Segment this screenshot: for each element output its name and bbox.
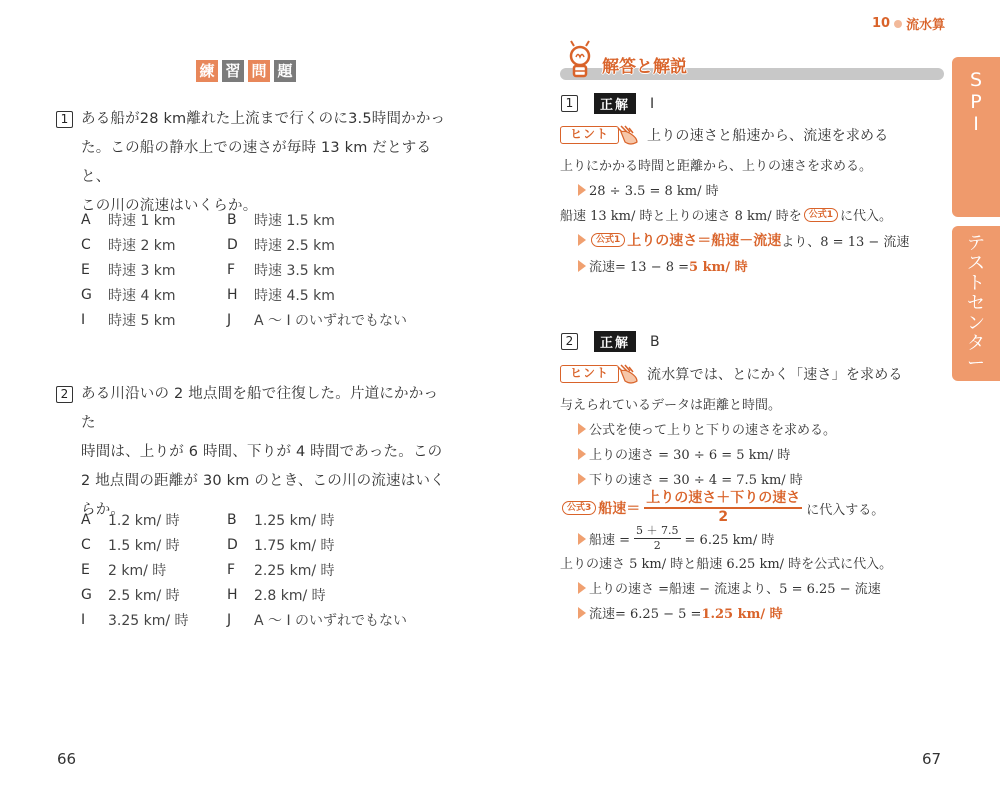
choice-j: JA ～ I のいずれでもない [227,607,427,632]
explanation-line: 上りの速さ 5 km/ 時と船速 6.25 km/ 時を公式に代入。 [560,553,892,572]
title-tile: 問 [248,60,270,82]
choice-d: D1.75 km/ 時 [227,532,427,557]
line-text: = 6.25 km/ 時 [685,529,775,548]
choice-value: 2.5 km/ 時 [108,585,180,605]
question-line: ある川沿いの 2 地点間を船で往復した。片道にかかった [81,380,451,438]
line-text: 船速 13 km/ 時と上りの速さ 8 km/ 時を [560,205,802,224]
correct-answer-value: I [650,96,654,112]
choice-f: F時速 3.5 km [227,257,427,282]
tab-char: ン [967,314,985,334]
choice-g: G時速 4 km [81,282,227,307]
choices-q1: A時速 1 km B時速 1.5 km C時速 2 km D時速 2.5 km … [81,207,427,332]
choice-value: A ～ I のいずれでもない [254,310,407,330]
formula-fraction: 上りの速さ＋下りの速さ 2 [644,490,802,526]
correct-answer-value: B [650,334,660,350]
choice-value: 1.5 km/ 時 [108,535,180,555]
choice-value: 時速 5 km [108,310,176,330]
choice-value: 1.2 km/ 時 [108,510,180,530]
choice-value: 2.8 km/ 時 [254,585,326,605]
calc-line: 上りの速さ =船速 − 流速より、5 = 6.25 − 流速 [578,578,881,597]
choice-value: 時速 3.5 km [254,260,335,280]
title-tile: 練 [196,60,218,82]
choice-letter: C [81,537,108,553]
choice-a: A1.2 km/ 時 [81,507,227,532]
choice-value: 時速 2 km [108,235,176,255]
calc-line: 下りの速さ = 30 ÷ 4 = 7.5 km/ 時 [578,469,803,488]
choice-d: D時速 2.5 km [227,232,427,257]
choice-value: 時速 4 km [108,285,176,305]
hint-badge: ヒント [560,126,619,144]
correct-answer-label: 正解 [594,331,636,352]
arrow-triangle-icon [578,234,586,246]
choice-letter: D [227,537,254,553]
choice-letter: A [81,212,108,228]
tab-char: ス [967,254,985,274]
choice-a: A時速 1 km [81,207,227,232]
line-text: に代入する。 [806,499,884,518]
question-line: た。この船の静水上での速さが毎時 13 km だとすると、 [81,134,451,192]
choice-letter: I [81,612,108,628]
right-page: 10 流水算 解答と解説 1 正解 I ヒント 上りの速さと船速から、流速を求め… [500,0,1000,791]
choice-g: G2.5 km/ 時 [81,582,227,607]
hint-text: 上りの速さと船速から、流速を求める [647,125,888,145]
page-number: 66 [57,750,76,768]
side-tab-spi[interactable]: S P I [952,57,1000,217]
arrow-triangle-icon [578,448,586,460]
line-text: 上りの速さ =船速 − 流速より、5 = 6.25 − 流速 [589,578,881,597]
tab-char: ト [967,274,985,294]
answer-section-title: 解答と解説 [602,52,687,77]
choice-letter: A [81,512,108,528]
tab-char: ー [967,354,985,374]
tab-char: タ [967,334,985,354]
choice-letter: G [81,287,108,303]
result-value: 1.25 km/ 時 [701,603,782,622]
formula-lhs: 船速＝ [598,498,640,518]
running-head: 10 流水算 [872,14,945,33]
choice-value: 時速 1 km [108,210,176,230]
choice-value: 時速 2.5 km [254,235,335,255]
line-text: より、8 = 13 − 流速 [781,231,909,250]
choice-value: A ～ I のいずれでもない [254,610,407,630]
choice-value: 時速 4.5 km [254,285,335,305]
correct-answer-label: 正解 [594,93,636,114]
line-text: 流速= 13 − 8 = [589,256,689,275]
question-number-box: 1 [56,111,73,128]
answer-header: 解答と解説 [560,38,944,82]
formula-text: 上りの速さ＝船速－流速 [627,230,781,250]
answer-2-header: 2 正解 B [561,331,660,352]
choice-b: B1.25 km/ 時 [227,507,427,532]
page-number: 67 [922,750,941,768]
bullet-dot-icon [894,20,902,28]
answer-number-box: 1 [561,95,578,112]
question-text: 1 ある船が28 km離れた上流まで行くのに3.5時間かかっ た。この船の静水上… [56,105,451,221]
choice-letter: F [227,562,254,578]
formula-tag: 公式3 [562,501,596,515]
formula-tag: 公式1 [804,208,838,222]
answer-number-box: 2 [561,333,578,350]
explanation-line: 上りにかかる時間と距離から、上りの速さを求める。 [560,155,872,174]
exercise-section-title: 練 習 問 題 [196,60,296,82]
choice-letter: J [227,612,254,628]
answer-1-header: 1 正解 I [561,93,654,114]
formula-tag: 公式1 [591,233,625,247]
choice-letter: E [81,262,108,278]
left-page: 練 習 問 題 1 ある船が28 km離れた上流まで行くのに3.5時間かかっ た… [0,0,500,791]
tab-char: セ [967,294,985,314]
arrow-triangle-icon [578,607,586,619]
choice-e: E時速 3 km [81,257,227,282]
choice-letter: H [227,287,254,303]
pointing-hand-icon [615,363,639,385]
choice-letter: D [227,237,254,253]
tab-char: P [970,91,981,113]
choices-q2: A1.2 km/ 時 B1.25 km/ 時 C1.5 km/ 時 D1.75 … [81,507,427,632]
fraction-denominator: 2 [654,539,661,553]
choice-j: JA ～ I のいずれでもない [227,307,427,332]
hint-1: ヒント 上りの速さと船速から、流速を求める [560,124,888,146]
tab-char: テ [967,234,985,254]
chapter-title: 流水算 [906,14,945,33]
arrow-triangle-icon [578,260,586,272]
choice-value: 2 km/ 時 [108,560,166,580]
result-line: 流速= 13 − 8 = 5 km/ 時 [578,256,748,275]
line-text: 上りの速さ = 30 ÷ 6 = 5 km/ 時 [589,444,790,463]
question-2: 2 ある川沿いの 2 地点間を船で往復した。片道にかかった 時間は、上りが 6 … [56,380,451,525]
choice-letter: I [81,312,108,328]
formula-line: 公式1 上りの速さ＝船速－流速 より、8 = 13 − 流速 [578,230,909,250]
arrow-triangle-icon [578,184,586,196]
explanation-line: 船速 13 km/ 時と上りの速さ 8 km/ 時を 公式1 に代入。 [560,205,892,224]
result-line: 流速= 6.25 − 5 = 1.25 km/ 時 [578,603,783,622]
question-line: ある船が28 km離れた上流まで行くのに3.5時間かかっ [81,105,451,134]
choice-i: I3.25 km/ 時 [81,607,227,632]
choice-value: 1.25 km/ 時 [254,510,335,530]
calc-line: 公式を使って上りと下りの速さを求める。 [578,419,836,438]
question-line: 時間は、上りが 6 時間、下りが 4 時間であった。この [81,438,451,467]
calc-text: 28 ÷ 3.5 = 8 km/ 時 [589,180,719,199]
formula-line: 公式3 船速＝ 上りの速さ＋下りの速さ 2 に代入する。 [560,490,884,526]
title-tile: 習 [222,60,244,82]
line-text: 公式を使って上りと下りの速さを求める。 [589,419,836,438]
choice-c: C時速 2 km [81,232,227,257]
hint-text: 流水算では、とにかく「速さ」を求める [647,364,903,384]
calc-line: 船速 = 5 ＋ 7.5 2 = 6.25 km/ 時 [578,524,774,553]
choice-h: H2.8 km/ 時 [227,582,427,607]
choice-letter: J [227,312,254,328]
calc-line: 上りの速さ = 30 ÷ 6 = 5 km/ 時 [578,444,790,463]
result-value: 5 km/ 時 [689,256,748,275]
choice-f: F2.25 km/ 時 [227,557,427,582]
line-text: 下りの速さ = 30 ÷ 4 = 7.5 km/ 時 [589,469,803,488]
choice-h: H時速 4.5 km [227,282,427,307]
question-text: 2 ある川沿いの 2 地点間を船で往復した。片道にかかった 時間は、上りが 6 … [56,380,451,525]
choice-letter: C [81,237,108,253]
choice-value: 時速 1.5 km [254,210,335,230]
question-1: 1 ある船が28 km離れた上流まで行くのに3.5時間かかっ た。この船の静水上… [56,105,451,221]
choice-letter: G [81,587,108,603]
choice-letter: B [227,212,254,228]
choice-letter: H [227,587,254,603]
choice-letter: F [227,262,254,278]
choice-i: I時速 5 km [81,307,227,332]
arrow-triangle-icon [578,473,586,485]
side-tab-test-center[interactable]: テ ス ト セ ン タ ー [952,226,1000,381]
choice-value: 時速 3 km [108,260,176,280]
choice-value: 2.25 km/ 時 [254,560,335,580]
choice-value: 1.75 km/ 時 [254,535,335,555]
tab-char: S [970,69,982,91]
choice-value: 3.25 km/ 時 [108,610,189,630]
calc-line: 28 ÷ 3.5 = 8 km/ 時 [578,180,719,199]
arrow-triangle-icon [578,582,586,594]
choice-e: E2 km/ 時 [81,557,227,582]
chapter-number: 10 [872,16,890,31]
arrow-triangle-icon [578,423,586,435]
choice-letter: B [227,512,254,528]
calc-fraction: 5 ＋ 7.5 2 [634,524,681,553]
tab-char: I [973,113,979,135]
hint-2: ヒント 流水算では、とにかく「速さ」を求める [560,363,903,385]
arrow-triangle-icon [578,533,586,545]
title-tile: 題 [274,60,296,82]
fraction-numerator: 5 ＋ 7.5 [634,524,681,539]
question-number-box: 2 [56,386,73,403]
choice-c: C1.5 km/ 時 [81,532,227,557]
fraction-numerator: 上りの速さ＋下りの速さ [644,490,802,509]
line-text: 船速 = [589,529,630,548]
choice-b: B時速 1.5 km [227,207,427,232]
hint-badge: ヒント [560,365,619,383]
pointing-hand-icon [615,124,639,146]
choice-letter: E [81,562,108,578]
lightbulb-icon [565,40,595,80]
explanation-line: 与えられているデータは距離と時間。 [560,394,781,413]
line-text: 流速= 6.25 − 5 = [589,603,701,622]
line-text: に代入。 [840,205,892,224]
question-line: 2 地点間の距離が 30 km のとき、この川の流速はいく [81,467,451,496]
